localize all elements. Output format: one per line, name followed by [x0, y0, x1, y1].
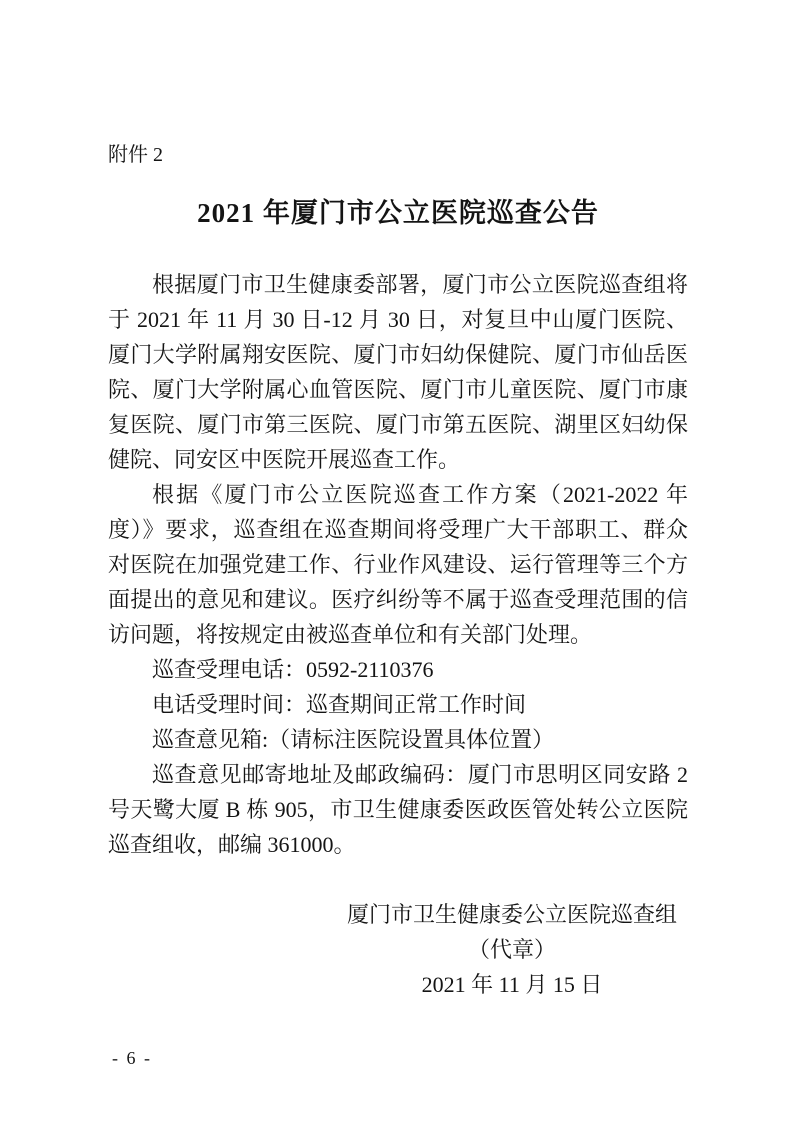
- paragraph-inspection-scope: 根据厦门市卫生健康委部署，厦门市公立医院巡查组将于 2021 年 11 月 30…: [108, 267, 688, 477]
- signature-organization: 厦门市卫生健康委公立医院巡查组: [340, 897, 684, 932]
- contact-line-hours: 电话受理时间：巡查期间正常工作时间: [108, 687, 688, 722]
- contact-line-suggestion-box: 巡查意见箱:（请标注医院设置具体位置）: [108, 722, 688, 757]
- document-page: 附件 2 2021 年厦门市公立医院巡查公告 根据厦门市卫生健康委部署，厦门市公…: [0, 0, 800, 1002]
- paragraph-inspection-content: 根据《厦门市公立医院巡查工作方案（2021-2022 年度）》要求，巡查组在巡查…: [108, 477, 688, 652]
- signature-block: 厦门市卫生健康委公立医院巡查组 （代章） 2021 年 11 月 15 日: [340, 897, 684, 1002]
- paragraph-mailing-address: 巡查意见邮寄地址及邮政编码：厦门市思明区同安路 2 号天鹭大厦 B 栋 905，…: [108, 757, 688, 862]
- signature-date: 2021 年 11 月 15 日: [340, 967, 684, 1002]
- document-body: 根据厦门市卫生健康委部署，厦门市公立医院巡查组将于 2021 年 11 月 30…: [108, 267, 688, 1002]
- attachment-label: 附件 2: [108, 141, 688, 169]
- page-number: - 6 -: [112, 1046, 152, 1070]
- document-title: 2021 年厦门市公立医院巡查公告: [108, 195, 688, 231]
- contact-line-phone: 巡查受理电话：0592-2110376: [108, 652, 688, 687]
- signature-seal-note: （代章）: [340, 932, 684, 967]
